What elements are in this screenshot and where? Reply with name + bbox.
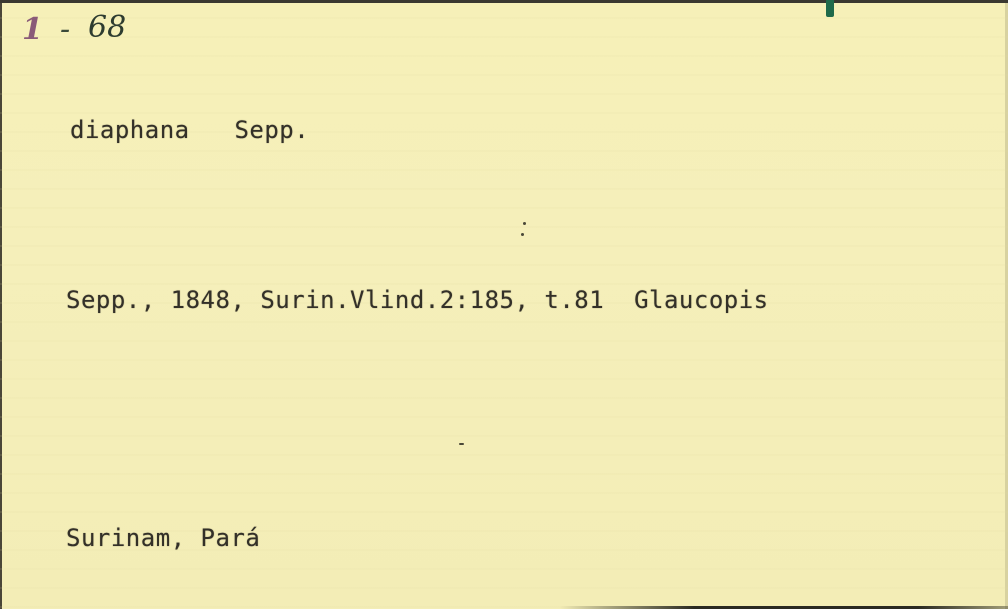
ink-speck (459, 443, 464, 445)
green-tab-marker (826, 0, 834, 17)
card-top-edge (0, 0, 1008, 3)
handwritten-code: 68 (88, 10, 126, 45)
ink-speck (521, 233, 524, 236)
reference-line: Sepp., 1848, Surin.Vlind.2:185, t.81 Gla… (66, 286, 769, 314)
ink-speck (523, 222, 526, 225)
locality-line: Surinam, Pará (66, 524, 260, 552)
index-card: 1 - 68 diaphana Sepp. Sepp., 1848, Surin… (0, 0, 1008, 609)
taxon-name-line: diaphana Sepp. (70, 116, 309, 144)
handwritten-dash: - (60, 12, 70, 47)
handwritten-number: 1 (22, 12, 43, 47)
